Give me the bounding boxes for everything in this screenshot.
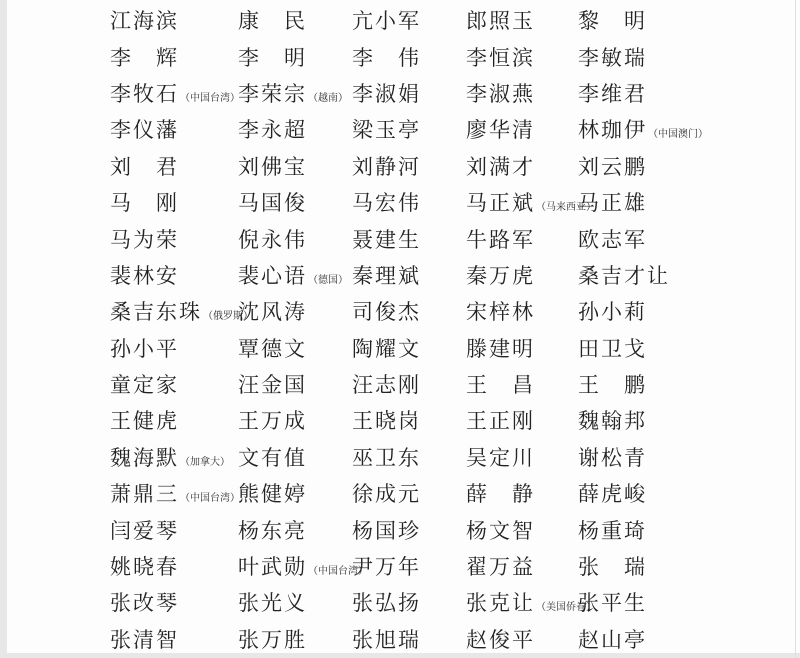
name-cell: 马 刚 — [110, 187, 238, 217]
name-cell: 亢小军 — [352, 5, 466, 35]
name-cell: 汪金国 — [238, 369, 352, 399]
person-name: 魏海默 — [110, 446, 179, 470]
person-name: 桑吉东珠 — [110, 300, 202, 324]
person-name: 李维君 — [578, 82, 647, 106]
person-name: 倪永伟 — [238, 228, 307, 252]
name-cell: 黎 明 — [578, 5, 647, 35]
name-cell: 张光义 — [238, 587, 352, 617]
name-cell: 李荣宗（越南） — [238, 78, 352, 108]
name-cell: 李淑燕 — [466, 78, 578, 108]
person-name: 张 瑞 — [578, 555, 647, 579]
name-cell: 孙小平 — [110, 333, 238, 363]
name-cell: 文有值 — [238, 442, 352, 472]
name-cell: 李敏瑞 — [578, 42, 647, 72]
name-cell: 李 明 — [238, 42, 352, 72]
name-cell: 尹万年 — [352, 551, 466, 581]
name-row: 王健虎王万成王晓岗王正刚魏翰邦 — [110, 402, 800, 438]
person-name: 汪金国 — [238, 373, 307, 397]
person-name: 亢小军 — [352, 9, 421, 33]
person-name: 姚晓春 — [110, 555, 179, 579]
origin-note: （德国） — [308, 275, 348, 286]
name-cell: 李淑娟 — [352, 78, 466, 108]
person-name: 赵山亭 — [578, 628, 647, 652]
name-cell: 陶耀文 — [352, 333, 466, 363]
name-cell: 张旭瑞 — [352, 624, 466, 654]
person-name: 刘静河 — [352, 155, 421, 179]
person-name: 马 刚 — [110, 191, 179, 215]
name-cell: 林珈伊（中国澳门） — [578, 114, 708, 144]
name-cell: 吴定川 — [466, 442, 578, 472]
name-cell: 王 昌 — [466, 369, 578, 399]
person-name: 滕建明 — [466, 337, 535, 361]
person-name: 张清智 — [110, 628, 179, 652]
person-name: 欧志军 — [578, 228, 647, 252]
name-cell: 薛虎峻 — [578, 478, 647, 508]
name-cell: 沈风涛 — [238, 296, 352, 326]
name-row: 桑吉东珠（俄罗斯）沈风涛司俊杰宋梓林孙小莉 — [110, 293, 800, 329]
person-name: 马正斌 — [466, 191, 535, 215]
name-row: 李仪藩李永超梁玉亭廖华清林珈伊（中国澳门） — [110, 111, 800, 147]
person-name: 赵俊平 — [466, 628, 535, 652]
person-name: 李 伟 — [352, 46, 421, 70]
person-name: 秦理斌 — [352, 264, 421, 288]
name-cell: 张改琴 — [110, 587, 238, 617]
person-name: 马宏伟 — [352, 191, 421, 215]
name-cell: 谢松青 — [578, 442, 647, 472]
name-cell: 裴心语（德国） — [238, 260, 352, 290]
name-cell: 李恒滨 — [466, 42, 578, 72]
name-cell: 田卫戈 — [578, 333, 647, 363]
name-row: 孙小平覃德文陶耀文滕建明田卫戈 — [110, 330, 800, 366]
name-cell: 王正刚 — [466, 405, 578, 435]
name-cell: 马为荣 — [110, 224, 238, 254]
person-name: 张平生 — [578, 591, 647, 615]
person-name: 刘满才 — [466, 155, 535, 179]
person-name: 张改琴 — [110, 591, 179, 615]
person-name: 马正雄 — [578, 191, 647, 215]
person-name: 杨国珍 — [352, 519, 421, 543]
name-row: 闫爱琴杨东亮杨国珍杨文智杨重琦 — [110, 511, 800, 547]
name-cell: 张清智 — [110, 624, 238, 654]
name-cell: 张平生 — [578, 587, 647, 617]
person-name: 裴林安 — [110, 264, 179, 288]
origin-note: （加拿大） — [180, 457, 230, 468]
origin-note: （中国澳门） — [648, 129, 708, 140]
origin-note: （中国台湾） — [180, 493, 240, 504]
person-name: 马为荣 — [110, 228, 179, 252]
name-cell: 王健虎 — [110, 405, 238, 435]
name-row: 马为荣倪永伟聂建生牛路军欧志军 — [110, 220, 800, 256]
person-name: 张光义 — [238, 591, 307, 615]
person-name: 杨重琦 — [578, 519, 647, 543]
name-cell: 闫爱琴 — [110, 515, 238, 545]
name-cell: 魏翰邦 — [578, 405, 647, 435]
name-cell: 李 伟 — [352, 42, 466, 72]
person-name: 李淑娟 — [352, 82, 421, 106]
name-cell: 汪志刚 — [352, 369, 466, 399]
name-row: 江海滨康 民亢小军郎照玉黎 明 — [110, 2, 800, 38]
name-cell: 马正雄 — [578, 187, 647, 217]
person-name: 翟万益 — [466, 555, 535, 579]
name-cell: 刘佛宝 — [238, 151, 352, 181]
name-cell: 杨东亮 — [238, 515, 352, 545]
person-name: 巫卫东 — [352, 446, 421, 470]
name-cell: 王晓岗 — [352, 405, 466, 435]
name-cell: 刘云鹏 — [578, 151, 647, 181]
person-name: 陶耀文 — [352, 337, 421, 361]
person-name: 刘 君 — [110, 155, 179, 179]
person-name: 文有值 — [238, 446, 307, 470]
name-cell: 姚晓春 — [110, 551, 238, 581]
person-name: 薛虎峻 — [578, 482, 647, 506]
name-cell: 马正斌（马来西亚） — [466, 187, 578, 217]
person-name: 王 鹏 — [578, 373, 647, 397]
person-name: 秦万虎 — [466, 264, 535, 288]
person-name: 孙小平 — [110, 337, 179, 361]
name-cell: 桑吉才让 — [578, 260, 670, 290]
name-cell: 司俊杰 — [352, 296, 466, 326]
person-name: 田卫戈 — [578, 337, 647, 361]
person-name: 桑吉才让 — [578, 264, 670, 288]
person-name: 黎 明 — [578, 9, 647, 33]
person-name: 林珈伊 — [578, 118, 647, 142]
name-row: 裴林安裴心语（德国）秦理斌秦万虎桑吉才让 — [110, 257, 800, 293]
name-cell: 王 鹏 — [578, 369, 647, 399]
person-name: 吴定川 — [466, 446, 535, 470]
name-cell: 赵俊平 — [466, 624, 578, 654]
name-row: 魏海默（加拿大）文有值巫卫东吴定川谢松青 — [110, 439, 800, 475]
name-cell: 薛 静 — [466, 478, 578, 508]
name-cell: 秦理斌 — [352, 260, 466, 290]
person-name: 闫爱琴 — [110, 519, 179, 543]
person-name: 张万胜 — [238, 628, 307, 652]
name-cell: 宋梓林 — [466, 296, 578, 326]
name-cell: 王万成 — [238, 405, 352, 435]
person-name: 裴心语 — [238, 264, 307, 288]
scanned-document-page: 江海滨康 民亢小军郎照玉黎 明李 辉李 明李 伟李恒滨李敏瑞李牧石（中国台湾）李… — [0, 0, 800, 658]
name-cell: 康 民 — [238, 5, 352, 35]
person-name: 张弘扬 — [352, 591, 421, 615]
person-name: 李仪藩 — [110, 118, 179, 142]
name-cell: 张克让（美国侨眷） — [466, 587, 578, 617]
name-cell: 覃德文 — [238, 333, 352, 363]
name-cell: 刘满才 — [466, 151, 578, 181]
name-cell: 李牧石（中国台湾） — [110, 78, 238, 108]
name-row: 萧鼎三（中国台湾）熊健婷徐成元薛 静薛虎峻 — [110, 475, 800, 511]
name-row: 李 辉李 明李 伟李恒滨李敏瑞 — [110, 38, 800, 74]
name-cell: 刘静河 — [352, 151, 466, 181]
person-name: 张克让 — [466, 591, 535, 615]
name-cell: 杨文智 — [466, 515, 578, 545]
person-name: 李永超 — [238, 118, 307, 142]
person-name: 李牧石 — [110, 82, 179, 106]
person-name: 郎照玉 — [466, 9, 535, 33]
name-row: 马 刚马国俊马宏伟马正斌（马来西亚）马正雄 — [110, 184, 800, 220]
person-name: 王健虎 — [110, 409, 179, 433]
person-name: 李 辉 — [110, 46, 179, 70]
name-cell: 孙小莉 — [578, 296, 647, 326]
person-name: 李荣宗 — [238, 82, 307, 106]
person-name: 李淑燕 — [466, 82, 535, 106]
name-cell: 聂建生 — [352, 224, 466, 254]
name-cell: 滕建明 — [466, 333, 578, 363]
name-cell: 巫卫东 — [352, 442, 466, 472]
name-cell: 赵山亭 — [578, 624, 647, 654]
origin-note: （中国台湾） — [180, 93, 240, 104]
name-cell: 李仪藩 — [110, 114, 238, 144]
person-name: 徐成元 — [352, 482, 421, 506]
person-name: 廖华清 — [466, 118, 535, 142]
person-name: 宋梓林 — [466, 300, 535, 324]
person-name: 萧鼎三 — [110, 482, 179, 506]
person-name: 刘云鹏 — [578, 155, 647, 179]
name-cell: 杨国珍 — [352, 515, 466, 545]
name-cell: 魏海默（加拿大） — [110, 442, 238, 472]
name-cell: 李 辉 — [110, 42, 238, 72]
name-cell: 张弘扬 — [352, 587, 466, 617]
name-cell: 翟万益 — [466, 551, 578, 581]
person-name: 张旭瑞 — [352, 628, 421, 652]
name-row: 李牧石（中国台湾）李荣宗（越南）李淑娟李淑燕李维君 — [110, 75, 800, 111]
name-cell: 徐成元 — [352, 478, 466, 508]
person-name: 魏翰邦 — [578, 409, 647, 433]
person-name: 司俊杰 — [352, 300, 421, 324]
name-cell: 童定家 — [110, 369, 238, 399]
person-name: 王 昌 — [466, 373, 535, 397]
person-name: 聂建生 — [352, 228, 421, 252]
name-cell: 刘 君 — [110, 151, 238, 181]
person-name: 李敏瑞 — [578, 46, 647, 70]
person-name: 牛路军 — [466, 228, 535, 252]
person-name: 孙小莉 — [578, 300, 647, 324]
person-name: 沈风涛 — [238, 300, 307, 324]
name-row: 张清智张万胜张旭瑞赵俊平赵山亭 — [110, 621, 800, 657]
person-name: 薛 静 — [466, 482, 535, 506]
name-cell: 熊健婷 — [238, 478, 352, 508]
person-name: 覃德文 — [238, 337, 307, 361]
person-name: 梁玉亭 — [352, 118, 421, 142]
name-cell: 梁玉亭 — [352, 114, 466, 144]
person-name: 叶武勋 — [238, 555, 307, 579]
person-name: 王正刚 — [466, 409, 535, 433]
person-name: 熊健婷 — [238, 482, 307, 506]
name-cell: 裴林安 — [110, 260, 238, 290]
name-cell: 李永超 — [238, 114, 352, 144]
name-cell: 欧志军 — [578, 224, 647, 254]
person-name: 江海滨 — [110, 9, 179, 33]
person-name: 尹万年 — [352, 555, 421, 579]
name-cell: 李维君 — [578, 78, 647, 108]
name-cell: 马宏伟 — [352, 187, 466, 217]
name-cell: 杨重琦 — [578, 515, 647, 545]
person-name: 王万成 — [238, 409, 307, 433]
name-row: 张改琴张光义张弘扬张克让（美国侨眷）张平生 — [110, 584, 800, 620]
person-name: 李 明 — [238, 46, 307, 70]
origin-note: （越南） — [308, 93, 348, 104]
name-cell: 秦万虎 — [466, 260, 578, 290]
page-left-edge — [0, 0, 7, 658]
name-cell: 叶武勋（中国台湾） — [238, 551, 352, 581]
name-list-grid: 江海滨康 民亢小军郎照玉黎 明李 辉李 明李 伟李恒滨李敏瑞李牧石（中国台湾）李… — [110, 2, 800, 657]
person-name: 李恒滨 — [466, 46, 535, 70]
name-row: 姚晓春叶武勋（中国台湾）尹万年翟万益张 瑞 — [110, 548, 800, 584]
name-cell: 桑吉东珠（俄罗斯） — [110, 296, 238, 326]
name-row: 刘 君刘佛宝刘静河刘满才刘云鹏 — [110, 148, 800, 184]
name-cell: 马国俊 — [238, 187, 352, 217]
name-cell: 郎照玉 — [466, 5, 578, 35]
person-name: 汪志刚 — [352, 373, 421, 397]
name-cell: 牛路军 — [466, 224, 578, 254]
name-cell: 张 瑞 — [578, 551, 647, 581]
person-name: 王晓岗 — [352, 409, 421, 433]
person-name: 童定家 — [110, 373, 179, 397]
name-cell: 张万胜 — [238, 624, 352, 654]
person-name: 马国俊 — [238, 191, 307, 215]
person-name: 杨东亮 — [238, 519, 307, 543]
person-name: 杨文智 — [466, 519, 535, 543]
person-name: 刘佛宝 — [238, 155, 307, 179]
name-cell: 倪永伟 — [238, 224, 352, 254]
name-cell: 江海滨 — [110, 5, 238, 35]
name-row: 童定家汪金国汪志刚王 昌王 鹏 — [110, 366, 800, 402]
person-name: 谢松青 — [578, 446, 647, 470]
name-cell: 廖华清 — [466, 114, 578, 144]
person-name: 康 民 — [238, 9, 307, 33]
name-cell: 萧鼎三（中国台湾） — [110, 478, 238, 508]
